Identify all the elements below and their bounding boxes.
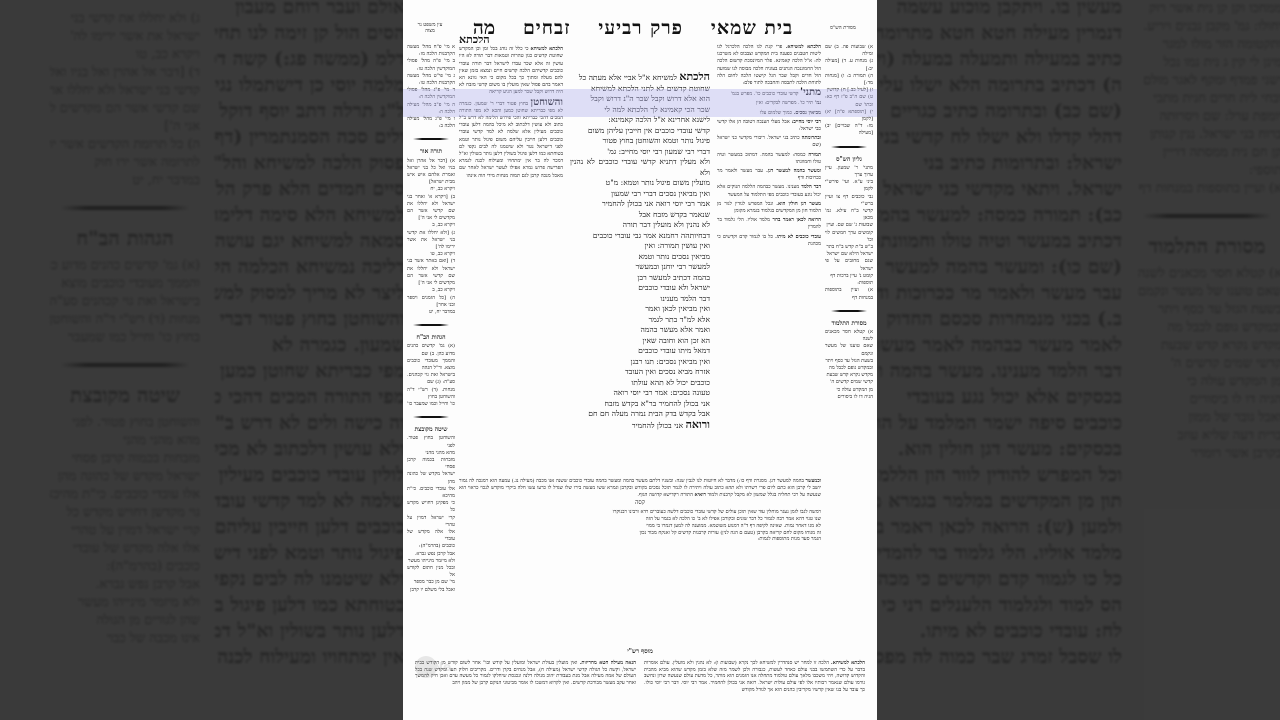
section-dibbur-hamatchil: הרואה לכאן ראמר בחר (770, 217, 821, 223)
torah-or-entry: ג) [ולא יחללו את קדשי בני ישראל את אשר י… (407, 230, 455, 252)
gemara-line: הוא אלא דרוש וקבל שכר ה"נ דרוש וקבל (570, 94, 710, 105)
section-dibbur-hamatchil: רבי יוסי מחייב: (790, 119, 821, 125)
ein-mishpat-entry: ו מי' פ"ג מהל' מעילה הלכה ב: (407, 116, 455, 130)
gemara-line: מועלין משום פיגול נותר וטמא: מ"ט (570, 178, 710, 189)
torah-or-entry: ה) [כל הזמנים ויספר ובני אחר] (407, 295, 455, 309)
gemara-line: ואין מביאין לכאן ואמר (570, 304, 710, 315)
ein-mishpat-entry: ה מי' פ"ב מהל' מעילה הלכה ה: (407, 102, 455, 116)
commentary-section: רבי יוסי מחייב: אבל מעלי הענכה דטובה הן … (717, 119, 821, 133)
rashi-line: הנתנים בעוניה חלכה מבוסה לנו שמועה (717, 66, 793, 72)
gemara-line: ואמר אלא מעשר בהמה (570, 325, 710, 336)
hagahot-entry: מנחות. (ד) רש"י ד"ה והשוחטן בחוץ (407, 387, 455, 401)
gilyon-line: קדשי ב"ח עילא. גמ' מכאן (825, 208, 873, 222)
lower-mid-tail: התורה רקדישא קדושה הגוף. (637, 492, 692, 498)
ornament-divider (831, 310, 867, 312)
gemara-line: לא נהנין ולא מועלין דבר תורה (570, 220, 710, 231)
shita-entry: ואבל בלי משלם יו קרבן (407, 587, 455, 594)
shita-title: שיטה מקובצת (407, 426, 455, 433)
tosafot-line: הלכה קדשים חיים ונמצא בזמן (468, 68, 530, 74)
sefer-line: קדשי שמים קדשים ה' (825, 379, 873, 386)
shita-entry: אלו עובדי כוכבים. כי"ת מהיכא (407, 486, 455, 500)
sefer-line: ובמקדש גופם לכבל מה (825, 365, 873, 372)
shita-entry: ובכל מנין חתום לקודש אל (407, 565, 455, 579)
musaf-rashi-line: על כדי השתמשו בבני עולם כאחד לעשות, כגבו… (644, 667, 853, 673)
gilyon-line: ב"ש ב"ת קדש ב"ח בתר (825, 244, 873, 251)
musaf-rashi-left-lead: הנאה מעילה חטא מחריזות. (580, 660, 636, 666)
lower-line: הוא כתם ליום פרי רשרתו ולא תהא כתוב עולה… (572, 485, 795, 491)
gemara-line: ישראל ולא עובדי כוכבים (570, 283, 710, 294)
sefer-line: מקדש נקרא קדש שבעת (825, 372, 873, 379)
sefer-line: שאם טוענו של מעשר ונקמם (825, 343, 873, 357)
tosafot-line: כי כלל זה נוהג בכל זמן וכן המקדש (459, 46, 528, 52)
musaf-rashi-line: והקדוש קדושה, ויהי משכבו מלאך עולם טולמו… (656, 673, 865, 679)
tosafot-line: בטוחתא כמו דלען פיגול בשולין (502, 151, 563, 157)
shita-entry: אבל קרבן נפש גברא. (407, 551, 455, 558)
gilyon-line: ביני ע"א. ועי' פירש"י לקמן (825, 179, 873, 193)
gemara-line: דבר הלמד מענינו (570, 294, 710, 305)
shita-entry: מהא מהני מהני (407, 450, 455, 457)
gemara-bold-word: ורואה (686, 418, 710, 431)
ornament-divider (413, 324, 449, 326)
tosafot-opener: הלכתא למשיחא (531, 46, 563, 52)
section-dibbur-hamatchil: דבר הלמד (799, 184, 821, 190)
torah-or-entry: ויקרא כב, ב (407, 222, 455, 229)
section-dibbur-hamatchil: ומעשר בהמה למעשר דגן. (763, 168, 821, 174)
gemara-line: ואין מביאין נסכים דברי רבי שמעון (570, 189, 710, 200)
gilyon-line: קומשים ערך חמשים לוי וכו' (825, 230, 873, 244)
gemara-line: שחוטת קדשים לא לתני הלכתא למשיחא (570, 84, 710, 95)
gemara-line: שנאמר בקדש מזבח אבל (570, 210, 710, 221)
mesoret-entry: י) [תוספתא פ"ה] יא) [לקמן (825, 109, 873, 123)
gemara-line: מביאין נסכים נותר וטמא (570, 252, 710, 263)
tosafot-line: בכל מקום כי האי גוונא (465, 75, 516, 81)
tosafot-line: ולא עושין דלכתוב לא מיכל בהמה (481, 122, 552, 128)
rashi-line: א"ל הלכה קאמינא. פלר (763, 58, 812, 64)
gemara-line: ואין מביאין נסכים: תנו רבנן (570, 357, 710, 368)
tosafot-line: שאין מועלין בו משום (487, 82, 529, 88)
matni-line: קדשי עובדי כוכבים כו'. מפרש בגמ' (731, 91, 799, 97)
ein-mishpat-entry: ב מי' פ"ה מהל' פסולי המוקדשין הלכה טז: (407, 58, 455, 72)
commentary-section: נמ' תיר כו'. מפרשה לבקדים: ואין (717, 100, 821, 107)
talmud-page: מסורת הש"ס בית שמאי פרק רביעי זבחים מה ע… (403, 0, 877, 720)
tosafot-line: שחוטת קדשים כגון טהרות וטמאות דבר תורה (472, 53, 563, 59)
gemara-line: אני בכולן להחמיר בר"א בקדש מזבח (570, 399, 710, 410)
gilyon-line: שבועות ג' שם שם. ועיין (825, 222, 873, 229)
mesoret-entry: ה) תמורה ב: ו) [מנחות מד:] (825, 73, 873, 87)
gilyon-line: נבי כוכבים דף צו ועיין ברש"י (825, 194, 873, 208)
shita-entry: כי מפקינן דחויש מקדש כל (407, 500, 455, 514)
gemara-line: אמר רבי יוסי רואה אני בכולן להחמיר (570, 199, 710, 210)
hagahot-entry: (א) גמ' קדשים כהנים מדוע כהן. ב) שם (407, 343, 455, 357)
ein-mishpat-entry: א מי' פ"ח מהל' מעשה הקרבנות הלכה מז: (407, 44, 455, 58)
ein-mishpat-column: א מי' פ"ח מהל' מעשה הקרבנות הלכה מז:ב מי… (407, 44, 455, 604)
torah-or-entry: ד) [ואם באתר אשר בני ישראל ולא יחללו את … (407, 258, 455, 287)
gemara-line: הלכתא למשיחא א"ל אביי אלא מעתה כל (570, 72, 710, 84)
shita-entry: והשוחטן בחוץ פטור. לפני (407, 435, 455, 449)
halachta-heading: הלכתא (459, 36, 490, 46)
rashi-line: לתבסה והחבכה לתור פלם: (743, 80, 795, 86)
gemara-line: ואין עושין תמורה: ואין (570, 241, 710, 252)
lower-text-block: וכמעשר בהמה למעשר דגן. מסגרת ודף כו:) מד… (459, 478, 821, 543)
lower-commentary-line: לא מגו דאחר נמות. שאינה לקיפה דף ד"ה דמנ… (459, 523, 821, 530)
sefer-line: מן המקדש עולה כי (825, 387, 873, 394)
header-mesoret-label: מסורת הש"ס (821, 25, 865, 31)
hagahot-entry: והממך מעובדי כוכבים מוצא. ור"ל הגהה (407, 358, 455, 372)
ornament-divider (831, 146, 867, 148)
tosafot-line: ולא שיטמנו לה לבים נקפי לם (459, 144, 523, 150)
commentary-section: מביאין נסכים. כמוך שלמום עלו (717, 110, 821, 117)
section-text: תיר כו'. מפרשה לבקדים: ואין (756, 100, 813, 106)
torah-or-entry: ויקרא כב, ב (407, 287, 455, 294)
header-chapter: פרק רביעי (598, 17, 683, 40)
commentary-section: מעשר דגן חולין הוא. ונכל המפרש לגודין לג… (717, 201, 821, 215)
gemara-line: טעונה נסכים: אמר רבי יוסי רואה (570, 388, 710, 399)
lower-commentary-line: רמשה לגבו לזמן נעגר מוחלין עוד שאין תוכן… (459, 509, 821, 516)
gemara-main-text: הלכתא למשיחא א"ל אביי אלא מעתה כלשחוטת ק… (570, 72, 710, 482)
shita-entry: כוכבים (בהרמ"ה): (407, 543, 455, 550)
tosafot-line: תמוה מנחות מידי הוה אינהו (467, 173, 521, 179)
lower-commentary-line: הגמר סעד מנות מתוספות לגמות: (459, 536, 821, 543)
gemara-line: הא זכן הוא וחובה שאין (570, 336, 710, 347)
gilyon-line: קומט נ' עיין ברכות דף (825, 273, 873, 280)
gilyon-line: ישראל הילא שם ישראל (825, 251, 873, 258)
mesoret-hashas-column: א) שבועות פה. ב) שם ומילהג) מנחות ע. ד) … (825, 44, 873, 604)
sefer-line: בשעת הגזל עד כסף ויתר (825, 358, 873, 365)
gemara-line: אזרח מביא נסכים ואין העובד (570, 367, 710, 378)
ornament-divider (413, 138, 449, 140)
ein-mishpat-entry: ד מי' פ"ג מהל' פסולי המוקדשין הלכה ה: (407, 87, 455, 101)
torah-or-entry: ב) [ויקרא א' ואחר בני ישראל ולא יחללו את… (407, 194, 455, 223)
torah-or-entry: ויקרא כב, יח (407, 186, 455, 193)
gemara-line: למעשר רבי יוחנן ובמעשר (570, 262, 710, 273)
commentary-section: ומעשר בהמה למעשר דגן. עבר מעשר ולאמר מר … (717, 168, 821, 182)
gemara-line: ולא מעלין דתניא קדשי עובדי כוכבים לא נהנ… (570, 157, 710, 178)
hagahot-entry: בישראל ואת גוי קכהנים. סע"ה: (ג) שם (407, 372, 455, 386)
section-dibbur-hamatchil: תמורה (805, 152, 821, 158)
gemara-line: בהמה דכתיב למעשר רבן (570, 273, 710, 284)
lower-commentary-line: זה מגוחו מקום לחם קריאה בקרבן (טעם ם הגה… (459, 530, 821, 537)
gilyon-line: מתני' ר' שמעון. עיין ערוך ערך (825, 165, 873, 179)
commentary-section: ובתרומתה כתיב בני ישראל. ריבורי מקדשי כנ… (717, 135, 821, 149)
lower-commentary-line: שנו טגוי דהא אמר רבה לגמור כל דבר שונים … (459, 516, 821, 523)
rashi-line: הול חדים וקבל שבר הגל (766, 73, 821, 79)
shita-entry: מזבחות בכמוה קרבן פסחי (407, 457, 455, 471)
shita-entry: מי' שם מן כבר מספר (407, 579, 455, 586)
lower-bold-mid: רואיא (694, 492, 705, 498)
gemara-line: ורואה אני בכולן להחמיר (570, 420, 710, 432)
commentary-section: דבר הלמד מענינו. מעשר כבהמה הללמה הנוקים… (717, 184, 821, 198)
commentary-section: עובדי כוכבים לא מיתו. כל בו לגמור קדם וק… (717, 234, 821, 248)
section-dibbur-hamatchil: נמ' (813, 100, 821, 106)
musaf-rashi-right: הלכתא למשיחא. הלכה זו למחר יש סנהדרין למ… (644, 660, 865, 694)
section-dibbur-hamatchil: מעשר דגן חולין הוא. (773, 201, 821, 207)
shita-entry: קרי ישראל דמוין על טהרי (407, 515, 455, 529)
watermark-logo: Ne (415, 650, 485, 686)
gilyon-line: שגם מחזבים על פי ישראל (825, 258, 873, 272)
tosafot-commentary-column: הלכתא הלכתא למשיחא כי כלל זה נוהג בכל זמ… (459, 36, 563, 496)
gemara-line: אלא למ"ד בתר לגמר (570, 315, 710, 326)
gemara-line: דמאל מיתו עובדי כוכבים (570, 346, 710, 357)
section-dibbur-hamatchil: ובתרומתה (800, 135, 821, 141)
ein-mishpat-entry: ג מי' פי"ט מהל' מעשה הקרבנות הלכה טו: (407, 73, 455, 87)
tosafot-line: הפרישה פרוש גמרא אפילו לעשר (494, 165, 563, 171)
ornament-divider (413, 416, 449, 418)
shita-entry: ישראל מקדש של כהונה מהן (407, 471, 455, 485)
gemara-line: לישנא אחרינא א"ל הלכה קאמינא: (570, 115, 710, 126)
rashi-commentary-column: הלכתא למשיחא. פרי קנת לגו הלכה הלכרגל לג… (717, 44, 821, 474)
section-text: כמוך שלמום עלו (760, 110, 792, 116)
mesoret-entry: א) שבועות פה. ב) שם ומילה (825, 44, 873, 58)
lower-bold-lead: וכמעשר (805, 478, 821, 484)
rashi-opener: הלכתא למשיחא. (786, 44, 821, 50)
watermark-text: Ne (433, 660, 451, 674)
mesoret-entry: מז: ד"ה שבויים] יב) [מעילה (825, 123, 873, 137)
vehashochtan-heading: והשוחטן (531, 97, 563, 108)
tosafot-line: מפי כבריתא שחוטן כמען והכא לא (481, 108, 555, 114)
tosafot-line: כוכבים דלען חייבין עליהם משום (493, 137, 563, 143)
hagahot-entry: כו' וחייל וכמו שמעבר כו' (407, 401, 455, 408)
mesoret-entry: ג) מנחות ע. ד) [מעילה יב:] (825, 58, 873, 72)
musaf-rashi-right-lead: הלכתא למשיחא. (831, 660, 865, 666)
tosafot-line: שלמה לא למד קדשי עובדי (459, 129, 519, 135)
tosafot-line: אין ימתחויו ומעילוח לכנה לגמרא (459, 158, 531, 164)
gemara-line: שכר הכי קאמינא לך הלכתא למה לי (570, 105, 710, 116)
gemara-bold-word: הלכתא (679, 72, 710, 83)
hagahot-title: הגהות הב"ח (407, 334, 455, 341)
lower-line: בהמה למעשר דגן. מסגרת ודף כו:) מדבר לא ח… (673, 478, 804, 484)
section-dibbur-hamatchil: עובדי כוכבים לא מיתו. (773, 234, 821, 240)
gilyon-title: גליון הש"ס (825, 156, 873, 163)
sefer-line: הגיה דו לו ביסורים (825, 394, 873, 401)
sefer-line: א) קטלא חסר מכאנים לשנה (825, 329, 873, 343)
mesoret-entry: ט) שם ה"ב פ"ז דף כא: ובתו' שם (825, 94, 873, 108)
gemara-line: פיגול נותר וטמא והשוחטן בחוץ פטור (570, 136, 710, 147)
shita-entry: אלו אלה מקדש של עובדי (407, 529, 455, 543)
shita-entry: ולא מיזמר מינייהו מעשר (407, 558, 455, 565)
torah-or-title: תורה אור (407, 148, 455, 155)
torah-or-entry: במדבר יח, יט (407, 309, 455, 316)
gemara-line: דברי רבי שמעון רבי יוסי מחייב: גמ' (570, 147, 710, 158)
gilyon-footnote: א) ועיין בתוספות במנחות דף (825, 287, 873, 301)
gemara-line: דבחיותהה רחמנא אמר גבי עוברי כוכבים (570, 231, 710, 242)
lower-bottom-word: קסה (459, 500, 821, 507)
header-ein-mishpat-label: עין משפט נר מצוה (415, 22, 445, 34)
tosafot-line: דרוש וקבל שכר (523, 89, 555, 95)
commentary-section: תמורה כמסה: למעשר בהמה. דמתוב במעשר וטיה… (717, 152, 821, 166)
sefer-title: מסורת התלמוד (825, 320, 873, 327)
header-perek-name: בית שמאי (711, 17, 793, 40)
commentary-section: הרואה לכאן ראמר בחר מלמד אוליו. הלי גלמו… (717, 217, 821, 231)
matni-opener: מתני' (800, 87, 821, 98)
torah-or-entry: א) [דבר אל אהרן ואל בניו ואל כל בני ישרא… (407, 158, 455, 187)
gemara-line: קדשי עובדי כוכבים אין חייבין עליהן משום (570, 126, 710, 137)
gemara-line: כוכבים יכול לא תהא עולתו (570, 378, 710, 389)
section-dibbur-hamatchil: מביאין נסכים. (792, 110, 821, 116)
tosafot-line: למען הגיע קריאה (489, 89, 523, 95)
